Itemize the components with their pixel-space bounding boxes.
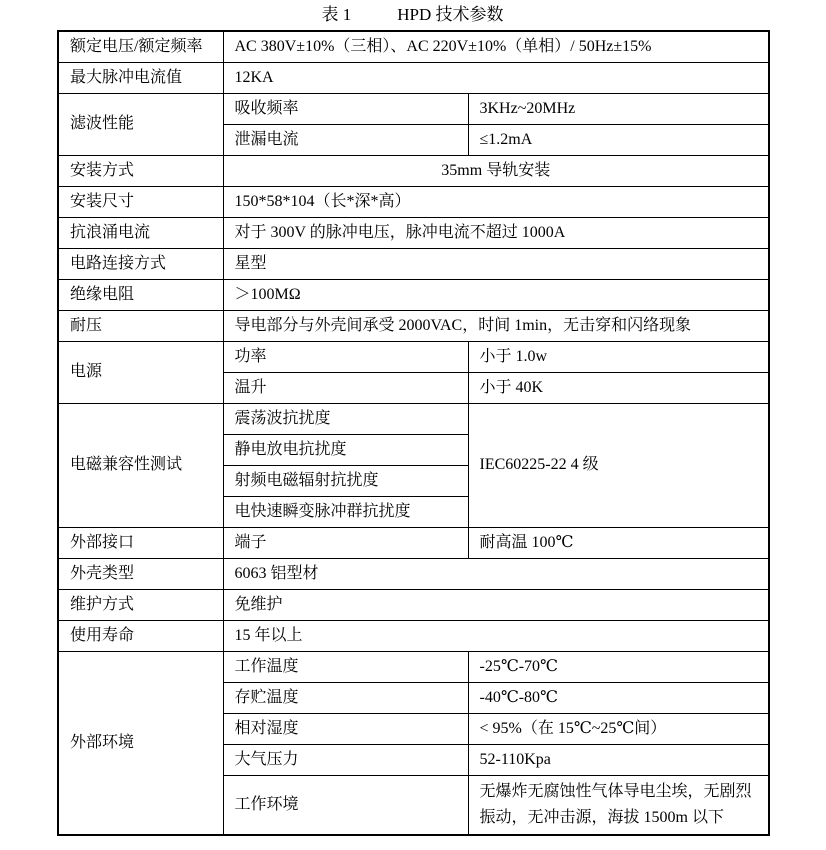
param-value-working-environment: 无爆炸无腐蚀性气体导电尘埃，无剧烈振动，无冲击源，海拔 1500m 以下	[468, 775, 769, 835]
param-sublabel-storage-temp: 存贮温度	[223, 682, 468, 713]
param-label-mounting-method: 安装方式	[58, 155, 223, 186]
param-sublabel-working-temp: 工作温度	[223, 651, 468, 682]
param-value-shell-type: 6063 铝型材	[223, 558, 769, 589]
param-value-surge-current: 对于 300V 的脉冲电压，脉冲电流不超过 1000A	[223, 217, 769, 248]
param-value-insulation-resistance: ＞100MΩ	[223, 279, 769, 310]
param-label-maintenance: 维护方式	[58, 589, 223, 620]
param-label-mounting-size: 安装尺寸	[58, 186, 223, 217]
table-row: 抗浪涌电流 对于 300V 的脉冲电压，脉冲电流不超过 1000A	[58, 217, 769, 248]
param-sublabel-esd-immunity: 静电放电抗扰度	[223, 434, 468, 465]
param-label-service-life: 使用寿命	[58, 620, 223, 651]
table-caption: 表 1HPD 技术参数	[57, 3, 768, 27]
table-row: 外部接口 端子 耐高温 100℃	[58, 527, 769, 558]
table-caption-title: HPD 技术参数	[397, 5, 503, 24]
param-sublabel-temp-rise: 温升	[223, 372, 468, 403]
param-label-insulation-resistance: 绝缘电阻	[58, 279, 223, 310]
table-row: 使用寿命 15 年以上	[58, 620, 769, 651]
param-value-rated-voltage-frequency: AC 380V±10%（三相）、AC 220V±10%（单相）/ 50Hz±15…	[223, 31, 769, 62]
param-sublabel-working-environment: 工作环境	[223, 775, 468, 835]
param-value-working-temp: -25℃-70℃	[468, 651, 769, 682]
param-value-mounting-method: 35mm 导轨安装	[223, 155, 769, 186]
param-value-absorb-frequency: 3KHz~20MHz	[468, 93, 769, 124]
param-value-temp-rise: 小于 40K	[468, 372, 769, 403]
table-row: 安装尺寸 150*58*104（长*深*高）	[58, 186, 769, 217]
param-sublabel-rf-radiation-immunity: 射频电磁辐射抗扰度	[223, 465, 468, 496]
table-row: 外壳类型 6063 铝型材	[58, 558, 769, 589]
table-row: 安装方式 35mm 导轨安装	[58, 155, 769, 186]
param-label-rated-voltage-frequency: 额定电压/额定频率	[58, 31, 223, 62]
param-value-withstand-voltage: 导电部分与外壳间承受 2000VAC，时间 1min，无击穿和闪络现象	[223, 310, 769, 341]
param-label-shell-type: 外壳类型	[58, 558, 223, 589]
param-sublabel-atmospheric-pressure: 大气压力	[223, 744, 468, 775]
param-label-max-pulse-current: 最大脉冲电流值	[58, 62, 223, 93]
param-label-emc-test: 电磁兼容性测试	[58, 403, 223, 527]
table-row: 额定电压/额定频率 AC 380V±10%（三相）、AC 220V±10%（单相…	[58, 31, 769, 62]
table-row: 电磁兼容性测试 震荡波抗扰度 IEC60225-22 4 级	[58, 403, 769, 434]
param-sublabel-absorb-frequency: 吸收频率	[223, 93, 468, 124]
param-value-circuit-connection: 星型	[223, 248, 769, 279]
param-label-circuit-connection: 电路连接方式	[58, 248, 223, 279]
param-value-mounting-size: 150*58*104（长*深*高）	[223, 186, 769, 217]
param-value-maintenance: 免维护	[223, 589, 769, 620]
param-sublabel-power: 功率	[223, 341, 468, 372]
param-value-service-life: 15 年以上	[223, 620, 769, 651]
param-value-terminal-heat-resistance: 耐高温 100℃	[468, 527, 769, 558]
param-value-max-pulse-current: 12KA	[223, 62, 769, 93]
table-row: 维护方式 免维护	[58, 589, 769, 620]
param-label-withstand-voltage: 耐压	[58, 310, 223, 341]
table-row: 滤波性能 吸收频率 3KHz~20MHz	[58, 93, 769, 124]
hpd-parameters-table: 额定电压/额定频率 AC 380V±10%（三相）、AC 220V±10%（单相…	[57, 30, 770, 836]
param-label-surge-current: 抗浪涌电流	[58, 217, 223, 248]
document-page: 表 1HPD 技术参数 额定电压/额定频率 AC 380V±10%（三相）、AC…	[0, 0, 826, 850]
table-caption-number: 表 1	[321, 5, 351, 24]
param-label-filter-performance: 滤波性能	[58, 93, 223, 155]
table-row: 电路连接方式 星型	[58, 248, 769, 279]
param-sublabel-leakage-current: 泄漏电流	[223, 124, 468, 155]
param-label-power-supply: 电源	[58, 341, 223, 403]
table-row: 最大脉冲电流值 12KA	[58, 62, 769, 93]
param-sublabel-relative-humidity: 相对湿度	[223, 713, 468, 744]
param-sublabel-eft-burst-immunity: 电快速瞬变脉冲群抗扰度	[223, 496, 468, 527]
param-value-leakage-current: ≤1.2mA	[468, 124, 769, 155]
param-sublabel-oscillatory-wave-immunity: 震荡波抗扰度	[223, 403, 468, 434]
param-sublabel-terminal: 端子	[223, 527, 468, 558]
param-value-emc-standard: IEC60225-22 4 级	[468, 403, 769, 527]
table-row: 绝缘电阻 ＞100MΩ	[58, 279, 769, 310]
param-value-relative-humidity: < 95%（在 15℃~25℃间）	[468, 713, 769, 744]
param-value-storage-temp: -40℃-80℃	[468, 682, 769, 713]
param-value-atmospheric-pressure: 52-110Kpa	[468, 744, 769, 775]
param-value-power: 小于 1.0w	[468, 341, 769, 372]
param-label-external-interface: 外部接口	[58, 527, 223, 558]
table-row: 耐压 导电部分与外壳间承受 2000VAC，时间 1min，无击穿和闪络现象	[58, 310, 769, 341]
table-row: 外部环境 工作温度 -25℃-70℃	[58, 651, 769, 682]
table-row: 电源 功率 小于 1.0w	[58, 341, 769, 372]
param-label-external-environment: 外部环境	[58, 651, 223, 835]
